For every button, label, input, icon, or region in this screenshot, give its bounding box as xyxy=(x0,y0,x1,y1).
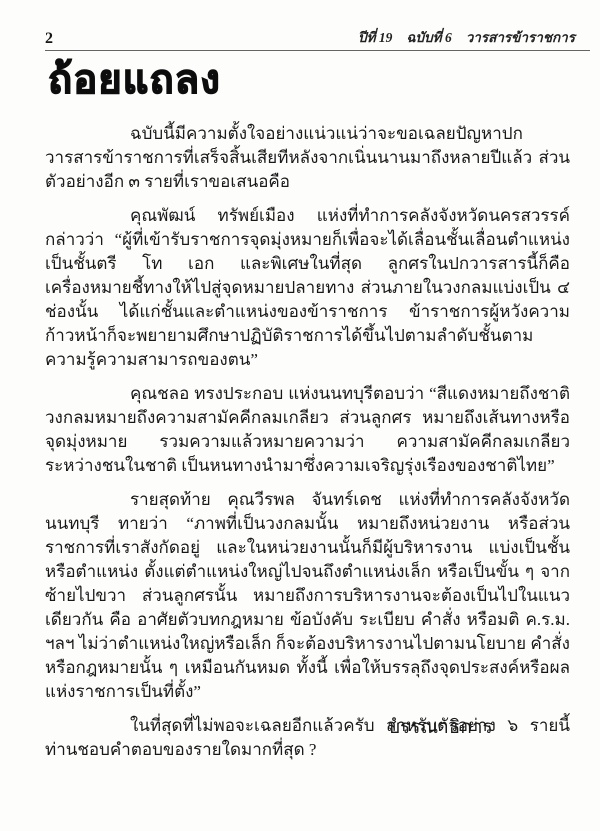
paragraph-4: รายสุดท้าย คุณวีรพล จันทร์เดช แห่งที่ทำก… xyxy=(45,488,570,704)
paragraph-2: คุณพัฒน์ ทรัพย์เมือง แห่งที่ทำการคลังจัง… xyxy=(45,204,570,372)
document-page: 2 ปีที่ 19ฉบับที่ 6วารสารข้าราชการ ถ้อยแ… xyxy=(0,0,600,831)
paragraph-1: ฉบับนี้มีความตั้งใจอย่างแน่วแน่ว่าจะขอเฉ… xyxy=(45,122,570,194)
header-divider xyxy=(45,50,590,51)
volume-label: ปีที่ 19 xyxy=(358,30,392,45)
journal-name: วารสารข้าราชการ xyxy=(466,30,575,45)
page-number: 2 xyxy=(45,30,54,48)
page-title: ถ้อยแถลง xyxy=(48,54,221,106)
page-header: 2 ปีที่ 19ฉบับที่ 6วารสารข้าราชการ xyxy=(45,26,575,48)
paragraph-3: คุณชลอ ทรงประกอบ แห่งนนทบุรีตอบว่า “สีแด… xyxy=(45,382,570,478)
issue-label: ฉบับที่ 6 xyxy=(406,30,451,45)
editor-signature: บรรณาธิการ xyxy=(388,712,493,742)
journal-issue-header: ปีที่ 19ฉบับที่ 6วารสารข้าราชการ xyxy=(344,26,575,48)
article-body: ฉบับนี้มีความตั้งใจอย่างแน่วแน่ว่าจะขอเฉ… xyxy=(45,122,570,772)
